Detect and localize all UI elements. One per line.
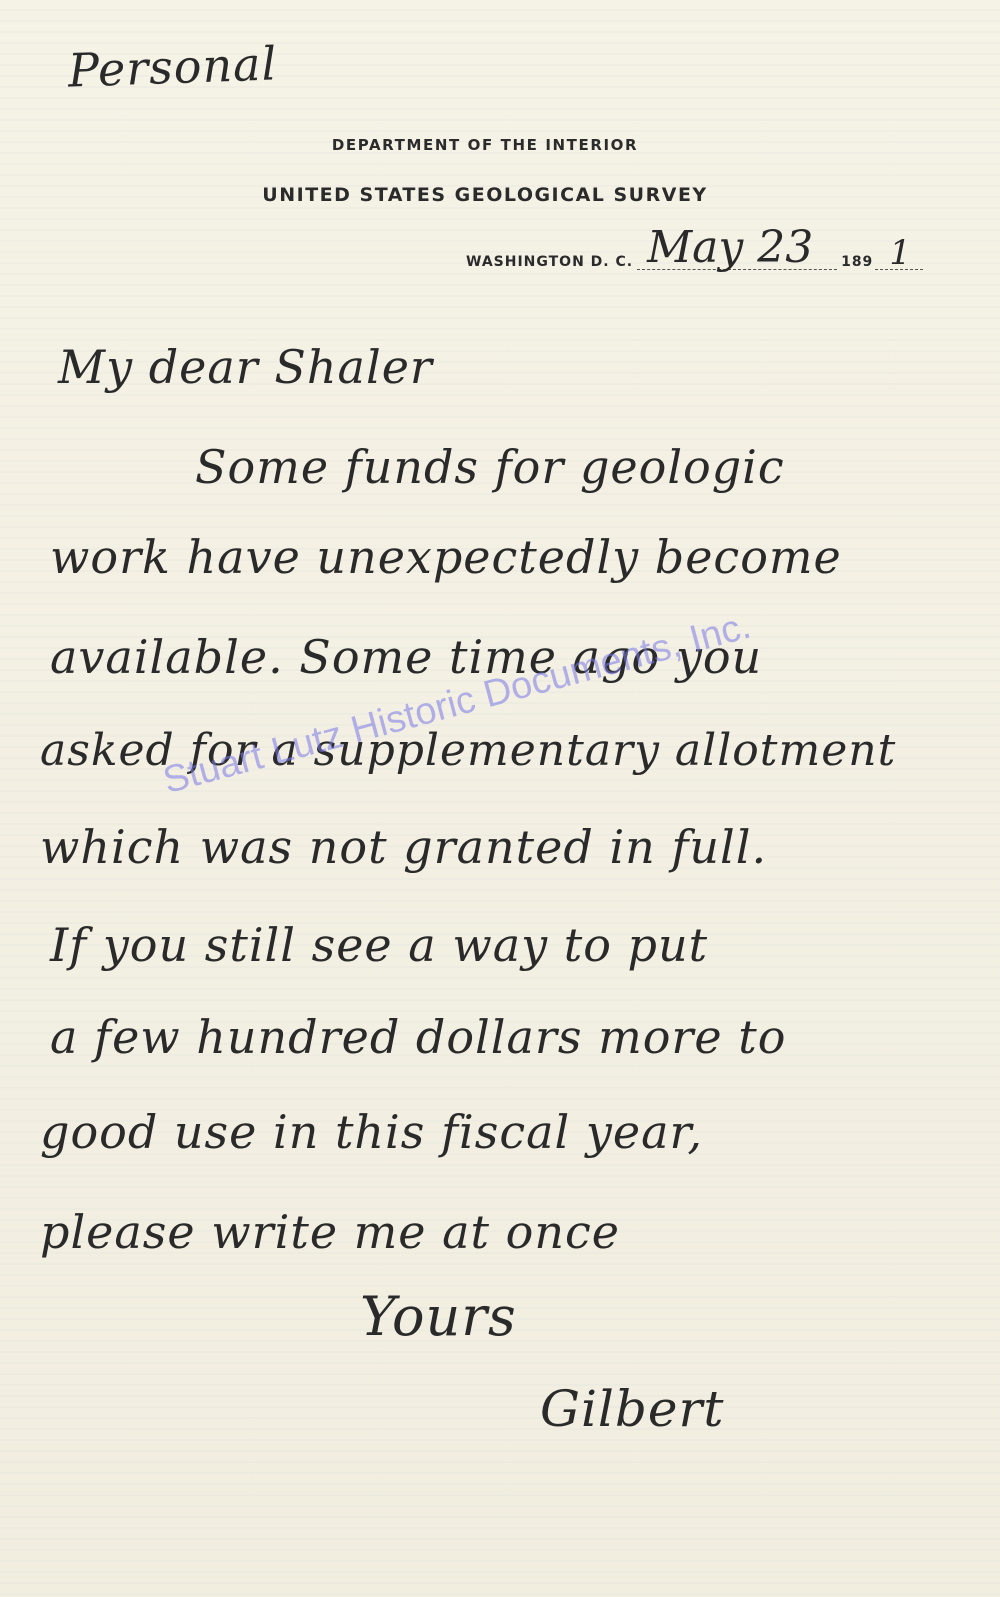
body-line: which was not granted in full. [40,820,767,874]
dateline: WASHINGTON D. C. May 23 189 1 [466,254,923,270]
body-line: Some funds for geologic [195,440,785,494]
closing: Yours [360,1285,517,1348]
body-line: If you still see a way to put [50,918,708,972]
body-line: please write me at once [40,1205,620,1259]
salutation: My dear Shaler [58,340,433,394]
letter-paper [0,0,1000,1597]
personal-annotation: Personal [67,36,278,97]
signature: Gilbert [540,1380,725,1438]
letterhead-agency: UNITED STATES GEOLOGICAL SURVEY [0,184,970,206]
year-blank: 1 [875,255,923,270]
year-prefix: 189 [841,254,873,270]
letterhead-department: DEPARTMENT OF THE INTERIOR [0,136,970,154]
body-line: a few hundred dollars more to [50,1010,786,1064]
handwritten-year-digit: 1 [889,233,912,273]
letterhead-place: WASHINGTON D. C. [466,254,633,270]
body-line: good use in this fiscal year, [40,1105,703,1159]
body-line: work have unexpectedly become [50,530,842,584]
date-blank: May 23 [637,255,837,270]
handwritten-date: May 23 [647,222,813,273]
